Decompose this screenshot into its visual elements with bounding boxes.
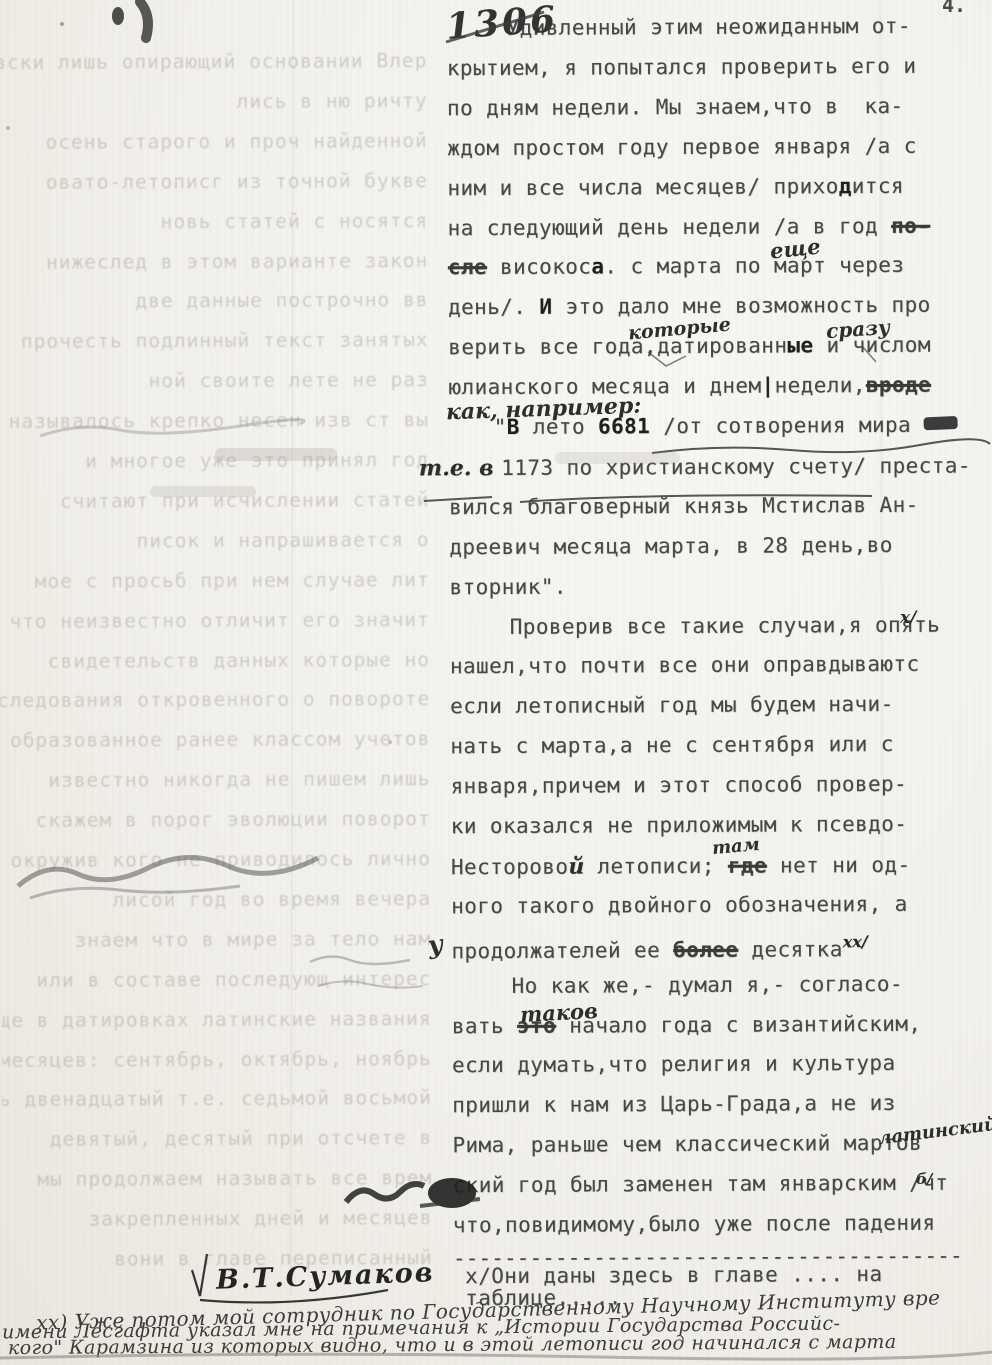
handwritten-note: у <box>426 929 445 960</box>
handwritten-note: как, например: <box>446 393 642 426</box>
handwritten-annotations-layer: 1306ещекоторыесразукак, например:х/тамут… <box>0 0 992 1365</box>
handwritten-note: б/ <box>916 1170 932 1188</box>
handwritten-note: х/ <box>900 608 916 628</box>
handwritten-note: 1306 <box>445 0 560 48</box>
handwritten-note: сразу <box>825 315 890 343</box>
handwritten-note: латинский <box>877 1114 992 1149</box>
signature: В.Т.Сумаков <box>216 1257 435 1296</box>
handwritten-note: которые <box>627 314 732 345</box>
document-page: вски лишь опирающий основании Влерлись в… <box>0 0 992 1365</box>
handwritten-note: таков <box>519 998 598 1027</box>
handwritten-note: там <box>711 834 760 859</box>
handwritten-note: еще <box>769 233 822 263</box>
